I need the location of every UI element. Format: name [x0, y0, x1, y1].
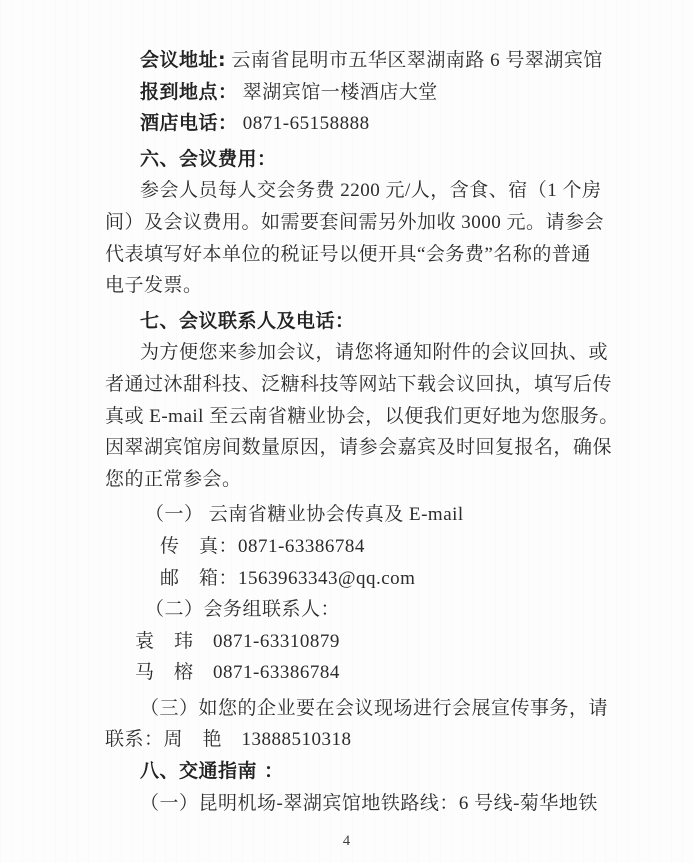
line-text: 翠湖宾馆一楼酒店大堂 [238, 82, 438, 103]
text-line: 参会人员每人交会务费 2200 元/人，含食、宿（1 个房 [105, 175, 673, 207]
text-line: 酒店电话： 0871-65158888 [105, 108, 673, 140]
text-line: 传 真：0871-63386784 [105, 531, 673, 563]
text-line: （一） 云南省糖业协会传真及 E-mail [105, 499, 673, 531]
text-line: 七、会议联系人及电话： [105, 306, 673, 338]
text-line: 真或 E-mail 至云南省糖业协会，以便我们更好地为您服务。 [105, 401, 673, 433]
text-line: 者通过沐甜科技、泛糖科技等网站下载会议回执，填写后传 [105, 369, 673, 401]
text-line: 六、会议费用： [105, 144, 673, 176]
text-line: 为方便您来参加会议，请您将通知附件的会议回执、或 [105, 337, 673, 369]
page-number: 4 [0, 833, 693, 850]
document-body: 会议地址: 云南省昆明市五华区翠湖南路 6 号翠湖宾馆报到地点： 翠湖宾馆一楼酒… [105, 45, 673, 819]
line-label: 酒店电话： [140, 112, 238, 134]
text-line: 会议地址: 云南省昆明市五华区翠湖南路 6 号翠湖宾馆 [105, 45, 673, 77]
document-page: 会议地址: 云南省昆明市五华区翠湖南路 6 号翠湖宾馆报到地点： 翠湖宾馆一楼酒… [0, 0, 693, 863]
text-line: 电子发票。 [105, 270, 673, 302]
text-line: 八、交通指南 ： [105, 756, 673, 788]
text-line: （一）昆明机场-翠湖宾馆地铁路线：6 号线-菊华地铁 [105, 788, 673, 820]
text-line: 代表填写好本单位的税证号以便开具“会务费”名称的普通 [105, 239, 673, 271]
text-line: 马 榕 0871-63386784 [105, 657, 673, 689]
text-line: （二）会务组联系人： [105, 594, 673, 626]
line-text: 0871-65158888 [238, 113, 370, 134]
text-line: 您的正常参会。 [105, 464, 673, 496]
text-line: 袁 玮 0871-63310879 [105, 626, 673, 658]
text-line: 邮 箱：1563963343@qq.com [105, 563, 673, 595]
text-line: （三）如您的企业要在会议现场进行会展宣传事务，请 [105, 693, 673, 725]
line-label: 会议地址: [140, 49, 226, 71]
text-line: 联系：周 艳 13888510318 [105, 724, 673, 756]
text-line: 间）及会议费用。如需要套间需另外加收 3000 元。请参会 [105, 207, 673, 239]
line-label: 报到地点： [140, 81, 238, 103]
line-text: 云南省昆明市五华区翠湖南路 6 号翠湖宾馆 [226, 50, 603, 71]
text-line: 因翠湖宾馆房间数量原因，请参会嘉宾及时回复报名，确保 [105, 432, 673, 464]
text-line: 报到地点： 翠湖宾馆一楼酒店大堂 [105, 77, 673, 109]
